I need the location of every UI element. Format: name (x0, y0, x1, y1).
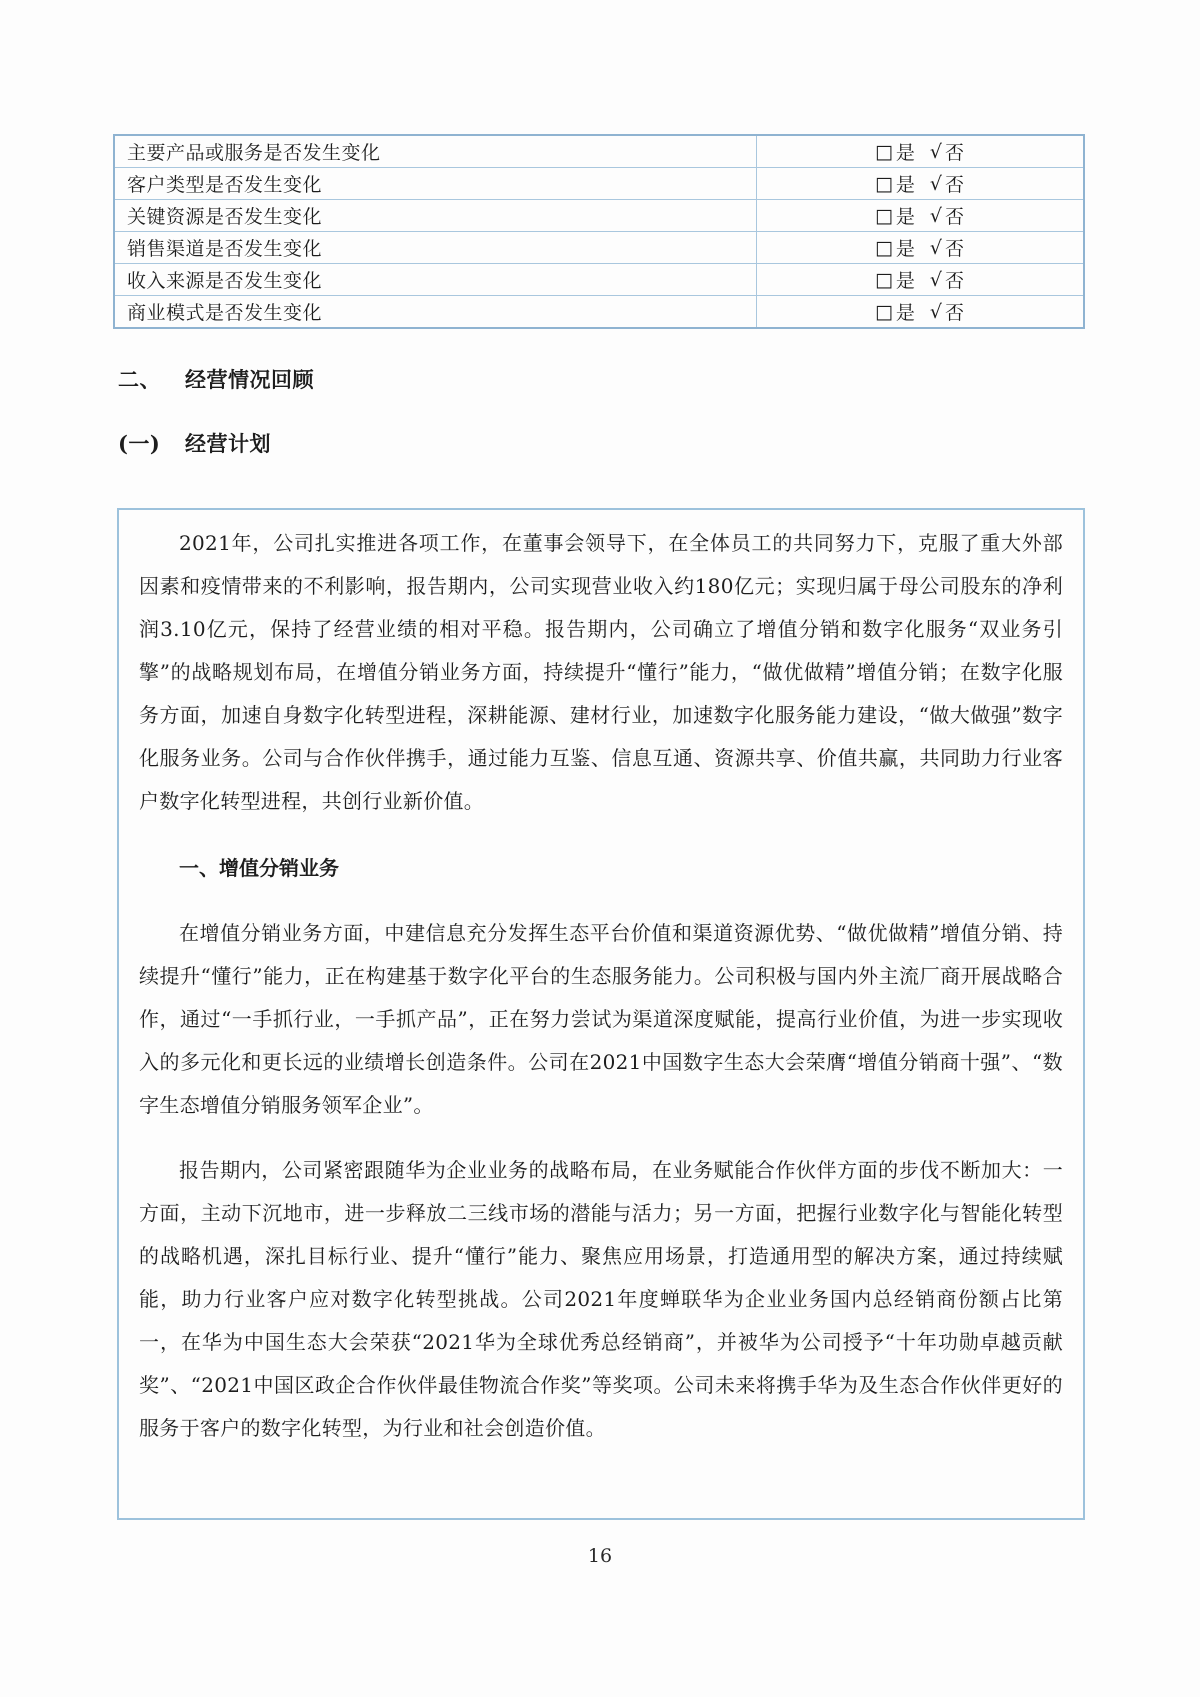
row-label: 收入来源是否发生变化 (115, 264, 757, 295)
checkbox-unchecked-icon: □ (875, 269, 894, 291)
yes-label: 是 (896, 170, 916, 197)
checkbox-yes-option: □是 (875, 266, 916, 293)
checkbox-yes-option: □是 (875, 138, 916, 165)
subsection-heading: (一)经营计划 (118, 428, 271, 458)
no-label: 否 (945, 202, 965, 229)
no-label: 否 (945, 234, 965, 261)
yes-label: 是 (896, 202, 916, 229)
section-heading: 二、经营情况回顾 (118, 364, 314, 394)
checkbox-yes-option: □是 (875, 202, 916, 229)
check-icon: √ (930, 205, 943, 227)
checkbox-no-option: √否 (930, 202, 965, 229)
row-checkboxes: □是 √否 (757, 200, 1083, 231)
row-label: 主要产品或服务是否发生变化 (115, 136, 757, 167)
row-label: 销售渠道是否发生变化 (115, 232, 757, 263)
checkbox-no-option: √否 (930, 170, 965, 197)
check-icon: √ (930, 237, 943, 259)
yes-label: 是 (896, 266, 916, 293)
table-row: 商业模式是否发生变化 □是 √否 (115, 295, 1083, 327)
table-row: 客户类型是否发生变化 □是 √否 (115, 167, 1083, 199)
document-page: 主要产品或服务是否发生变化 □是 √否 客户类型是否发生变化 □是 √否 关键资… (0, 0, 1200, 1697)
body-paragraph-3: 报告期内，公司紧密跟随华为企业业务的战略布局，在业务赋能合作伙伴方面的步伐不断加… (139, 1149, 1063, 1450)
check-icon: √ (930, 141, 943, 163)
body-subheading: 一、增值分销业务 (139, 847, 1063, 890)
change-table: 主要产品或服务是否发生变化 □是 √否 客户类型是否发生变化 □是 √否 关键资… (113, 134, 1085, 329)
checkbox-unchecked-icon: □ (875, 141, 894, 163)
row-label: 客户类型是否发生变化 (115, 168, 757, 199)
row-checkboxes: □是 √否 (757, 168, 1083, 199)
checkbox-unchecked-icon: □ (875, 301, 894, 323)
yes-label: 是 (896, 138, 916, 165)
checkbox-yes-option: □是 (875, 234, 916, 261)
checkbox-yes-option: □是 (875, 298, 916, 325)
checkbox-yes-option: □是 (875, 170, 916, 197)
table-row: 收入来源是否发生变化 □是 √否 (115, 263, 1083, 295)
row-label: 商业模式是否发生变化 (115, 296, 757, 327)
checkbox-no-option: √否 (930, 138, 965, 165)
yes-label: 是 (896, 234, 916, 261)
row-checkboxes: □是 √否 (757, 296, 1083, 327)
subsection-number: (一) (118, 428, 185, 458)
page-number: 16 (0, 1545, 1200, 1567)
row-label: 关键资源是否发生变化 (115, 200, 757, 231)
no-label: 否 (945, 298, 965, 325)
no-label: 否 (945, 266, 965, 293)
no-label: 否 (945, 138, 965, 165)
table-row: 关键资源是否发生变化 □是 √否 (115, 199, 1083, 231)
checkbox-unchecked-icon: □ (875, 173, 894, 195)
section-number: 二、 (118, 364, 185, 394)
checkbox-no-option: √否 (930, 266, 965, 293)
check-icon: √ (930, 173, 943, 195)
section-title: 经营情况回顾 (185, 367, 314, 392)
row-checkboxes: □是 √否 (757, 264, 1083, 295)
check-icon: √ (930, 301, 943, 323)
checkbox-unchecked-icon: □ (875, 205, 894, 227)
check-icon: √ (930, 269, 943, 291)
table-row: 主要产品或服务是否发生变化 □是 √否 (115, 136, 1083, 167)
content-box: 2021年，公司扎实推进各项工作，在董事会领导下，在全体员工的共同努力下，克服了… (117, 508, 1085, 1520)
table-row: 销售渠道是否发生变化 □是 √否 (115, 231, 1083, 263)
body-paragraph-2: 在增值分销业务方面，中建信息充分发挥生态平台价值和渠道资源优势、“做优做精”增值… (139, 912, 1063, 1127)
checkbox-no-option: √否 (930, 234, 965, 261)
subsection-title: 经营计划 (185, 431, 271, 456)
no-label: 否 (945, 170, 965, 197)
yes-label: 是 (896, 298, 916, 325)
row-checkboxes: □是 √否 (757, 232, 1083, 263)
checkbox-no-option: √否 (930, 298, 965, 325)
body-paragraph-1: 2021年，公司扎实推进各项工作，在董事会领导下，在全体员工的共同努力下，克服了… (139, 522, 1063, 823)
row-checkboxes: □是 √否 (757, 136, 1083, 167)
checkbox-unchecked-icon: □ (875, 237, 894, 259)
